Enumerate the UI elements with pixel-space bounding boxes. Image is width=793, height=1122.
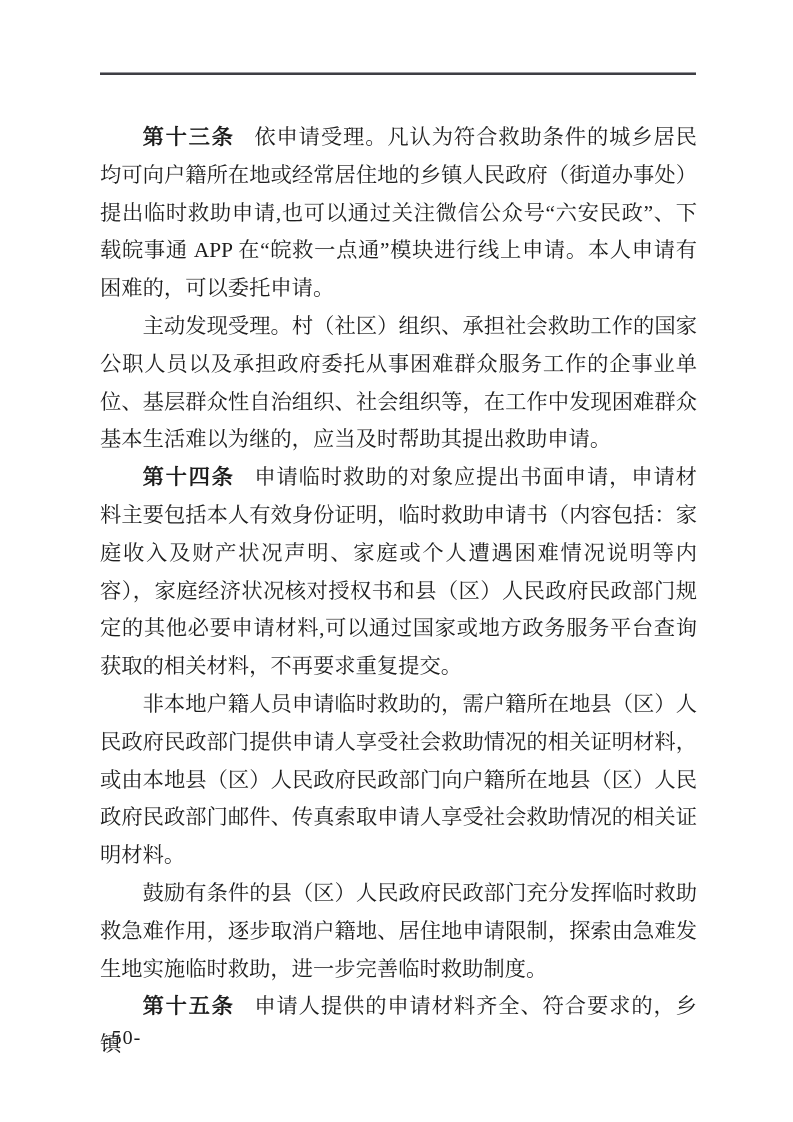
document-page: 第十三条依申请受理。凡认为符合救助条件的城乡居民均可向户籍所在地或经常居住地的乡…: [0, 0, 793, 1122]
article-heading: 第十三条: [143, 125, 235, 149]
paragraph: 主动发现受理。村（社区）组织、承担社会救助工作的国家公职人员以及承担政府委托从事…: [100, 308, 697, 459]
paragraph: 第十四条申请临时救助的对象应提出书面申请，申请材料主要包括本人有效身份证明，临时…: [100, 459, 697, 686]
paragraph: 第十三条依申请受理。凡认为符合救助条件的城乡居民均可向户籍所在地或经常居住地的乡…: [100, 119, 697, 308]
paragraph-text: 主动发现受理。村（社区）组织、承担社会救助工作的国家公职人员以及承担政府委托从事…: [100, 314, 697, 451]
paragraph-text: 依申请受理。凡认为符合救助条件的城乡居民均可向户籍所在地或经常居住地的乡镇人民政…: [100, 125, 697, 300]
article-heading: 第十四条: [143, 465, 235, 489]
paragraph: 第十五条申请人提供的申请材料齐全、符合要求的，乡镇: [100, 988, 697, 1064]
page-number: -50-: [104, 1026, 141, 1050]
paragraph-text: 申请临时救助的对象应提出书面申请，申请材料主要包括本人有效身份证明，临时救助申请…: [100, 465, 697, 678]
header-rule: [100, 72, 696, 75]
article-heading: 第十五条: [143, 994, 235, 1018]
paragraph: 鼓励有条件的县（区）人民政府民政部门充分发挥临时救助救急难作用，逐步取消户籍地、…: [100, 875, 697, 988]
paragraph-text: 非本地户籍人员申请临时救助的，需户籍所在地县（区）人民政府民政部门提供申请人享受…: [100, 692, 697, 867]
paragraph: 非本地户籍人员申请临时救助的，需户籍所在地县（区）人民政府民政部门提供申请人享受…: [100, 686, 697, 875]
document-body: 第十三条依申请受理。凡认为符合救助条件的城乡居民均可向户籍所在地或经常居住地的乡…: [100, 119, 697, 1064]
paragraph-text: 鼓励有条件的县（区）人民政府民政部门充分发挥临时救助救急难作用，逐步取消户籍地、…: [100, 881, 697, 981]
